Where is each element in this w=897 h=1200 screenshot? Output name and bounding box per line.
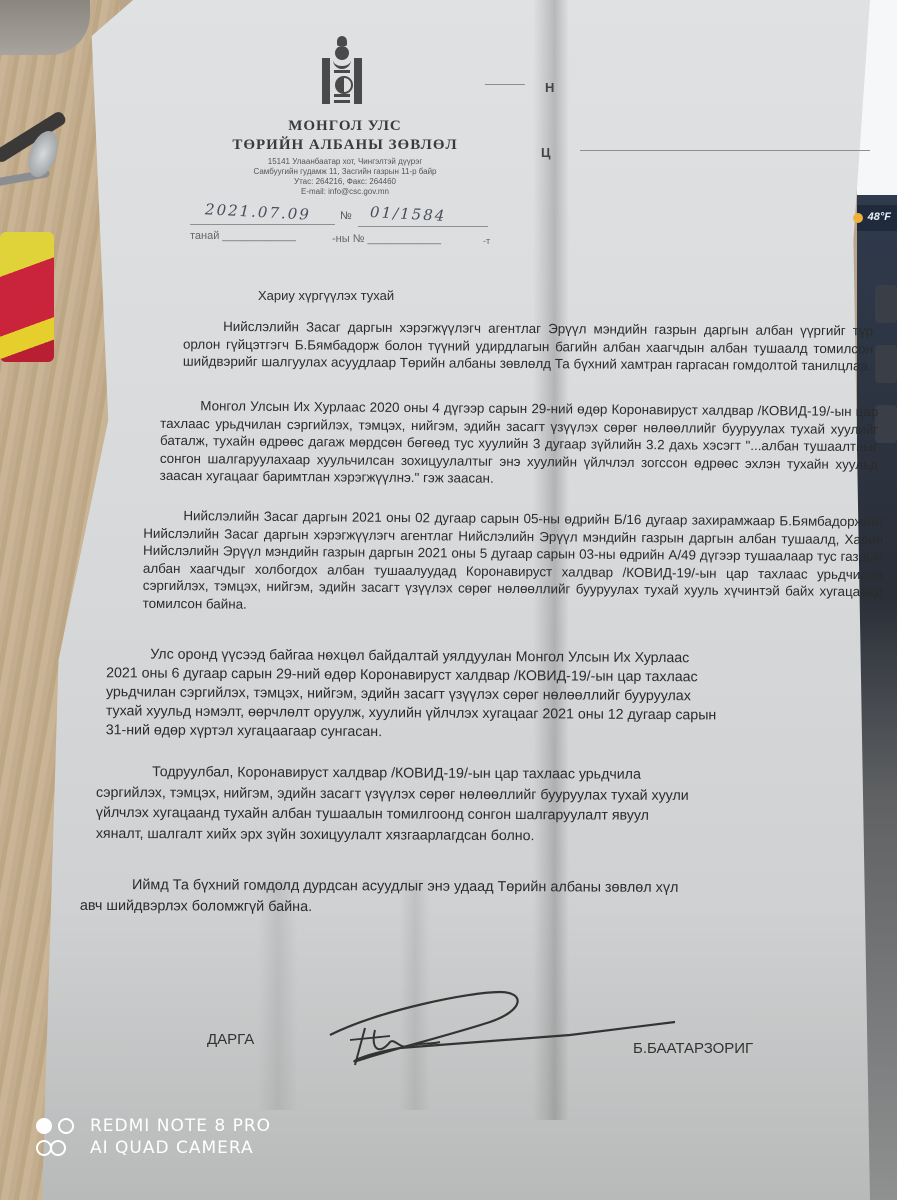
email: E-mail: info@csc.gov.mn xyxy=(200,187,490,197)
laptop-key xyxy=(875,285,897,323)
address-line: Самбуугийн гудамж 11, Засгийн газрын 11-… xyxy=(200,167,490,177)
paragraph: Монгол Улсын Их Хурлаас 2020 оны 4 дүгээ… xyxy=(160,397,879,491)
your-ref-label: танай ____________ xyxy=(190,230,296,242)
bleed-letter: Н xyxy=(545,80,554,95)
org-country: МОНГОЛ УЛС xyxy=(200,118,490,135)
snack-wrapper xyxy=(0,232,54,362)
paragraph: Иймд Та бүхний гомдолд дурдсан асуудлыг … xyxy=(80,875,897,921)
date-underline xyxy=(190,224,335,225)
laptop-key xyxy=(875,345,897,383)
bleed-letter: Ц xyxy=(541,145,551,160)
org-name: ТӨРИЙН АЛБАНЫ ЗӨВЛӨЛ xyxy=(200,137,490,154)
signatory-title: ДАРГА xyxy=(207,1031,254,1048)
paragraph: Улс оронд үүсээд байгаа нөхцөл байдалтай… xyxy=(106,645,897,746)
number-label: № xyxy=(340,210,352,222)
phone-fax: Утас: 264216, Факс: 264460 xyxy=(200,177,490,187)
weather-temperature: 48°F xyxy=(868,211,891,223)
watermark-camera: AI QUAD CAMERA xyxy=(90,1137,271,1159)
camera-watermark: REDMI NOTE 8 PRO AI QUAD CAMERA xyxy=(34,1115,271,1159)
watermark-model: REDMI NOTE 8 PRO xyxy=(90,1115,271,1137)
signatory-name: Б.БААТАРЗОРИГ xyxy=(633,1040,753,1057)
address-line: 15141 Улаанбаатар хот, Чингэлтэй дүүрэг xyxy=(200,157,490,167)
paragraph: Нийслэлийн Засаг даргын хэрэгжүүлэгч аге… xyxy=(183,318,873,376)
fold-line xyxy=(485,84,525,85)
your-ref-number-label: -ны № ____________ xyxy=(332,233,441,245)
paragraph: Нийслэлийн Засаг даргын 2021 оны 02 дуга… xyxy=(143,507,884,619)
fold-line xyxy=(580,150,870,151)
number-underline xyxy=(358,226,488,227)
soyombo-emblem-icon xyxy=(320,36,364,108)
letter-subject: Хариу хүргүүлэх тухай xyxy=(258,288,394,303)
quad-camera-icon xyxy=(34,1116,78,1158)
weather-sun-icon xyxy=(853,213,863,223)
your-ref-suffix: -т xyxy=(483,236,490,246)
paragraph: Тодруулбал, Коронавируст халдвар /КОВИД-… xyxy=(96,762,897,848)
signature-icon xyxy=(320,980,700,1080)
